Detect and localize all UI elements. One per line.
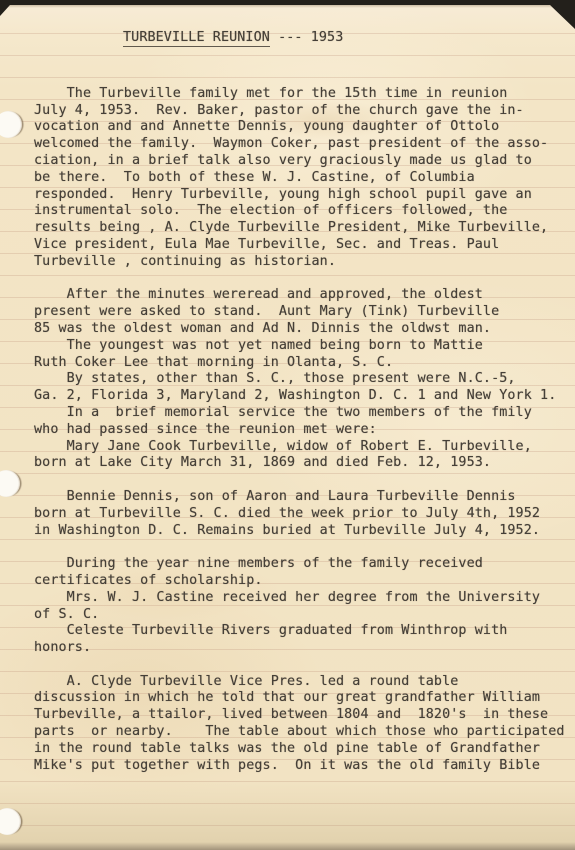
paragraph: After the minutes wereread and approved,… xyxy=(34,287,575,472)
text-line: in the round table talks was the old pin… xyxy=(34,741,575,758)
document-title: TURBEVILLE REUNION --- 1953 xyxy=(34,30,575,47)
text-line: vocation and and Annette Dennis, young d… xyxy=(34,119,575,136)
text-line: Ga. 2, Florida 3, Maryland 2, Washington… xyxy=(34,388,575,405)
paper-top-edge-shadow xyxy=(0,5,575,8)
text-line: Vice president, Eula Mae Turbeville, Sec… xyxy=(34,237,575,254)
text-line: of S. C. xyxy=(34,607,575,624)
text-line: present were asked to stand. Aunt Mary (… xyxy=(34,304,575,321)
text-line: In a brief memorial service the two memb… xyxy=(34,405,575,422)
text-line: A. Clyde Turbeville Vice Pres. led a rou… xyxy=(34,674,575,691)
text-line: be there. To both of these W. J. Castine… xyxy=(34,170,575,187)
text-line: Bennie Dennis, son of Aaron and Laura Tu… xyxy=(34,489,575,506)
text-line: Turbeville , continuing as historian. xyxy=(34,254,575,271)
text-line: During the year nine members of the fami… xyxy=(34,556,575,573)
text-line: who had passed since the reunion met wer… xyxy=(34,422,575,439)
text-line: Ruth Coker Lee that morning in Olanta, S… xyxy=(34,355,575,372)
paper-sheet: TURBEVILLE REUNION --- 1953 The Turbevil… xyxy=(0,0,575,850)
text-line: After the minutes wereread and approved,… xyxy=(34,287,575,304)
title-text: TURBEVILLE REUNION xyxy=(123,30,270,47)
text-line: born at Lake City March 31, 1869 and die… xyxy=(34,455,575,472)
paragraph: Bennie Dennis, son of Aaron and Laura Tu… xyxy=(34,489,575,539)
paragraph: During the year nine members of the fami… xyxy=(34,556,575,657)
scanned-page: TURBEVILLE REUNION --- 1953 The Turbevil… xyxy=(0,0,575,850)
text-line: Mike's put together with pegs. On it was… xyxy=(34,758,575,775)
text-line: Turbeville, a ttailor, lived between 180… xyxy=(34,707,575,724)
text-line: honors. xyxy=(34,640,575,657)
text-line: responded. Henry Turbeville, young high … xyxy=(34,187,575,204)
text-line: 85 was the oldest woman and Ad N. Dinnis… xyxy=(34,321,575,338)
text-line: instrumental solo. The election of offic… xyxy=(34,203,575,220)
document-paragraphs: The Turbeville family met for the 15th t… xyxy=(34,86,575,775)
document-content: TURBEVILLE REUNION --- 1953 The Turbevil… xyxy=(34,30,575,774)
text-line: The Turbeville family met for the 15th t… xyxy=(34,86,575,103)
text-line: ciation, in a brief talk also very graci… xyxy=(34,153,575,170)
text-line: The youngest was not yet named being bor… xyxy=(34,338,575,355)
paragraph: A. Clyde Turbeville Vice Pres. led a rou… xyxy=(34,674,575,775)
text-line: in Washington D. C. Remains buried at Tu… xyxy=(34,523,575,540)
text-line: born at Turbeville S. C. died the week p… xyxy=(34,506,575,523)
text-line: certificates of scholarship. xyxy=(34,573,575,590)
text-line: Celeste Turbeville Rivers graduated from… xyxy=(34,623,575,640)
text-line: Mary Jane Cook Turbeville, widow of Robe… xyxy=(34,439,575,456)
text-line: Mrs. W. J. Castine received her degree f… xyxy=(34,590,575,607)
title-year: --- 1953 xyxy=(270,30,343,45)
text-line: welcomed the family. Waymon Coker, past … xyxy=(34,136,575,153)
paragraph: The Turbeville family met for the 15th t… xyxy=(34,86,575,271)
text-line: discussion in which he told that our gre… xyxy=(34,690,575,707)
text-line: parts or nearby. The table about which t… xyxy=(34,724,575,741)
text-line: July 4, 1953. Rev. Baker, pastor of the … xyxy=(34,103,575,120)
text-line: By states, other than S. C., those prese… xyxy=(34,371,575,388)
text-line: results being , A. Clyde Turbeville Pres… xyxy=(34,220,575,237)
